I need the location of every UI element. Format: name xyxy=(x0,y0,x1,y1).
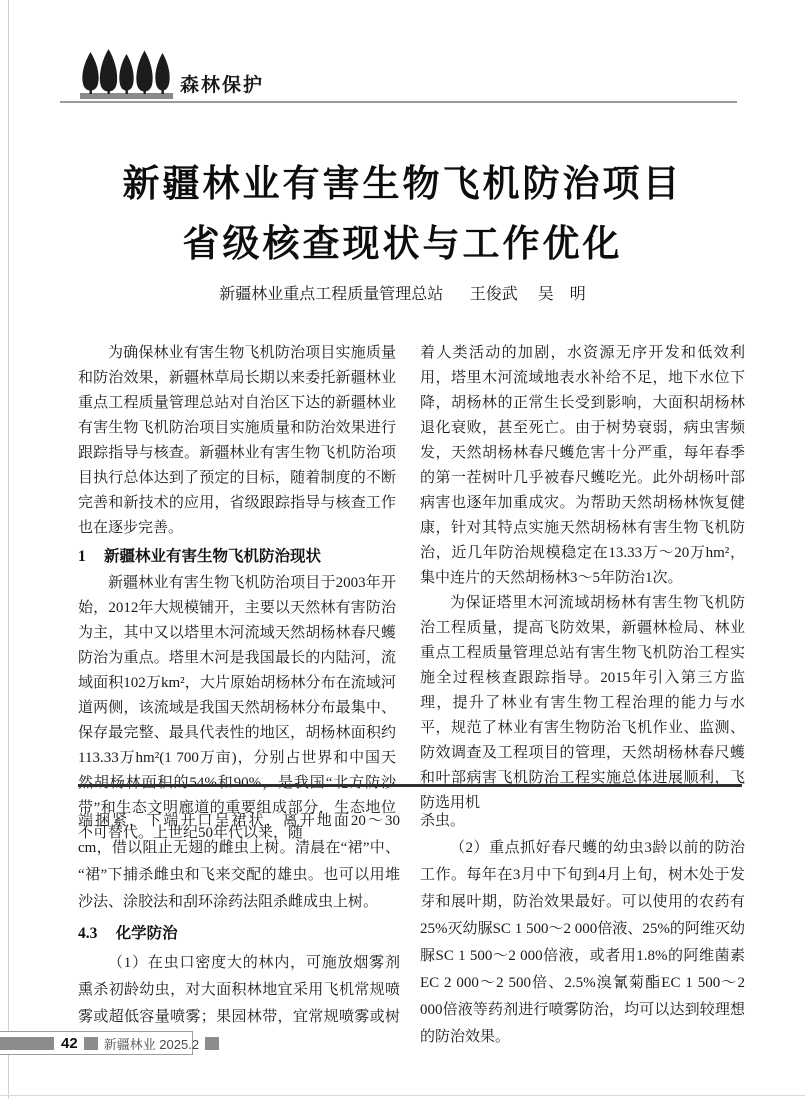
section-label: 森林保护 xyxy=(180,70,264,97)
journal-page: 森林保护 新疆林业有害生物飞机防治项目 省级核查现状与工作优化 新疆林业重点工程… xyxy=(0,0,805,1099)
lower-right-column: 杀虫。 （2）重点抓好春尺蠖的幼虫3龄以前的防治工作。每年在3月中下旬到4月上旬… xyxy=(420,808,745,1051)
paragraph: 为保证塔里木河流域胡杨林有害生物飞机防治工程质量，提高飞防效果，新疆林检局、林业… xyxy=(420,591,745,816)
paragraph-continuation: 端捆紧，下端开口呈裙状，离开地面20～30 cm，借以阻止无翅的雌虫上树。清晨在… xyxy=(78,808,400,916)
section-number: 4.3 xyxy=(78,925,97,942)
section-title: 化学防治 xyxy=(116,925,178,942)
section-heading: 4.3 化学防治 xyxy=(78,920,400,947)
page-number: 42 xyxy=(61,1035,78,1052)
upper-left-column: 为确保林业有害生物飞机防治项目实施质量和防治效果，新疆林草局长期以来委托新疆林业… xyxy=(78,341,396,846)
article-title-line1: 新疆林业有害生物飞机防治项目 xyxy=(60,153,745,207)
footer-bar xyxy=(0,1037,54,1050)
upper-right-column: 着人类活动的加剧，水资源无序开发和低效利用，塔里木河流域地表水补给不足，地下水位… xyxy=(420,341,745,816)
lower-left-column: 端捆紧，下端开口呈裙状，离开地面20～30 cm，借以阻止无翅的雌虫上树。清晨在… xyxy=(78,808,400,1058)
footer-square-icon xyxy=(84,1037,98,1050)
paragraph: 新疆林业有害生物飞机防治项目于2003年开始，2012年大规模铺开，主要以天然林… xyxy=(78,571,396,846)
section-heading: 1 新疆林业有害生物飞机防治现状 xyxy=(78,544,396,569)
scan-edge-left xyxy=(8,0,9,1099)
paragraph: 为确保林业有害生物飞机防治项目实施质量和防治效果，新疆林草局长期以来委托新疆林业… xyxy=(78,341,396,541)
footer-square-icon xyxy=(205,1037,219,1050)
paragraph-continuation: 着人类活动的加剧，水资源无序开发和低效利用，塔里木河流域地表水补给不足，地下水位… xyxy=(420,341,745,591)
trees-logo-icon xyxy=(80,46,175,107)
author-name: 王俊武 xyxy=(470,286,518,303)
paragraph-continuation: 杀虫。 xyxy=(420,808,745,835)
header-rule xyxy=(60,101,737,103)
page-footer: 42 新疆林业 2025.2 xyxy=(0,1031,193,1055)
article-title-line2: 省级核查现状与工作优化 xyxy=(60,213,745,267)
section-number: 1 xyxy=(78,548,86,565)
article-divider-rule xyxy=(78,784,742,787)
author-affiliation: 新疆林业重点工程质量管理总站 xyxy=(219,286,443,303)
byline: 新疆林业重点工程质量管理总站 王俊武 吴 明 xyxy=(60,281,745,304)
journal-issue: 新疆林业 2025.2 xyxy=(104,1034,199,1053)
author-name: 吴 明 xyxy=(538,286,586,303)
paragraph: （2）重点抓好春尺蠖的幼虫3龄以前的防治工作。每年在3月中下旬到4月上旬，树木处… xyxy=(420,835,745,1051)
section-title: 新疆林业有害生物飞机防治现状 xyxy=(104,548,321,565)
scan-edge-bottom xyxy=(0,1095,805,1096)
